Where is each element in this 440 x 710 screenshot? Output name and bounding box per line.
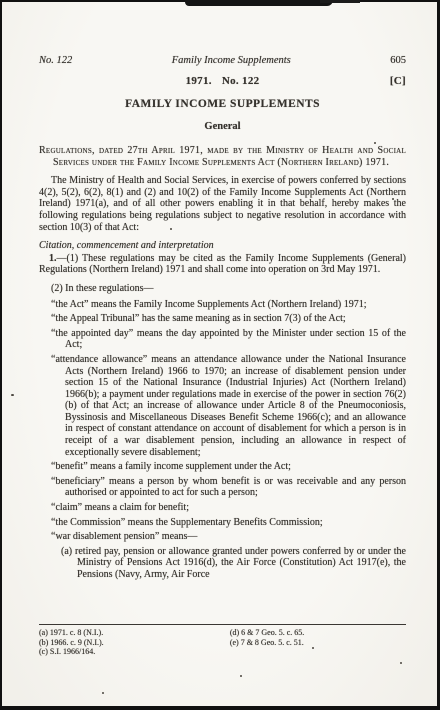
definition-appointed-day: “the appointed day” means the day appoin… [39,328,406,351]
preamble-paragraph: Regulations, dated 27th April 1971, made… [39,145,406,168]
running-header-title: Family Income Supplements [72,55,390,66]
interpretation-intro: (2) In these regulations— [39,283,406,295]
scan-smudge [320,0,360,3]
scan-speckle [392,198,394,200]
scan-speckle [170,228,172,230]
definition-commission: “the Commission” means the Supplementary… [39,517,406,529]
definition-attendance-allowance: “attendance allowance” means an attendan… [39,354,406,458]
definition-war-disablement-pension: “war disablement pension” means— [39,531,406,543]
footnotes-right-column: (d) 6 & 7 Geo. 5. c. 65. (e) 7 & 8 Geo. … [230,628,406,657]
document-title: FAMILY INCOME SUPPLEMENTS [39,98,406,110]
statutory-number-line: 1971. No. 122 [C] [39,75,406,87]
definition-benefit: “benefit” means a family income suppleme… [39,461,406,473]
scan-speckle [102,692,104,694]
regulation-number: 1. [49,253,57,264]
scan-speckle [312,647,314,649]
definition-claim: “claim” means a claim for benefit; [39,502,406,514]
corner-classification-tag: [C] [390,75,406,87]
enacting-paragraph: The Ministry of Health and Social Servic… [39,175,406,233]
scan-speckle [400,662,402,664]
regulation-1-text: —(1) These regulations may be cited as t… [39,253,406,276]
definition-beneficiary: “beneficiary” means a person by whom ben… [39,476,406,499]
definition-the-act: “the Act” means the Family Income Supple… [39,299,406,311]
footnote-c: (c) S.I. 1966/164. [39,647,230,657]
definitions-list: “the Act” means the Family Income Supple… [39,299,406,581]
document-subtitle: General [39,121,406,132]
scan-speckle [11,394,14,396]
footnote-e: (e) 7 & 8 Geo. 5. c. 51. [230,638,406,648]
footnote-d: (d) 6 & 7 Geo. 5. c. 65. [230,628,406,638]
running-header-number: No. 122 [39,55,72,66]
section-heading: Citation, commencement and interpretatio… [39,240,406,252]
footnotes-left-column: (a) 1971. c. 8 (N.I.). (b) 1966. c. 9 (N… [39,628,230,657]
definition-sub-item-a: (a) retired pay, pension or allowance gr… [39,546,406,581]
running-header: No. 122 Family Income Supplements 605 [39,55,406,66]
footnote-b: (b) 1966. c. 9 (N.I.). [39,638,230,648]
definition-appeal-tribunal: “the Appeal Tribunal” has the same meani… [39,313,406,325]
scan-smudge [185,0,333,6]
scan-speckle [240,675,242,677]
regulation-1-paragraph: 1.—(1) These regulations may be cited as… [39,253,406,276]
statutory-year: 1971. [186,75,212,87]
page-number: 605 [390,55,406,66]
footnotes: (a) 1971. c. 8 (N.I.). (b) 1966. c. 9 (N… [39,624,406,657]
document-page: No. 122 Family Income Supplements 605 19… [2,2,437,706]
statutory-number: No. 122 [222,75,260,87]
scan-frame: No. 122 Family Income Supplements 605 19… [0,0,440,710]
footnote-a: (a) 1971. c. 8 (N.I.). [39,628,230,638]
scan-speckle [374,142,376,144]
